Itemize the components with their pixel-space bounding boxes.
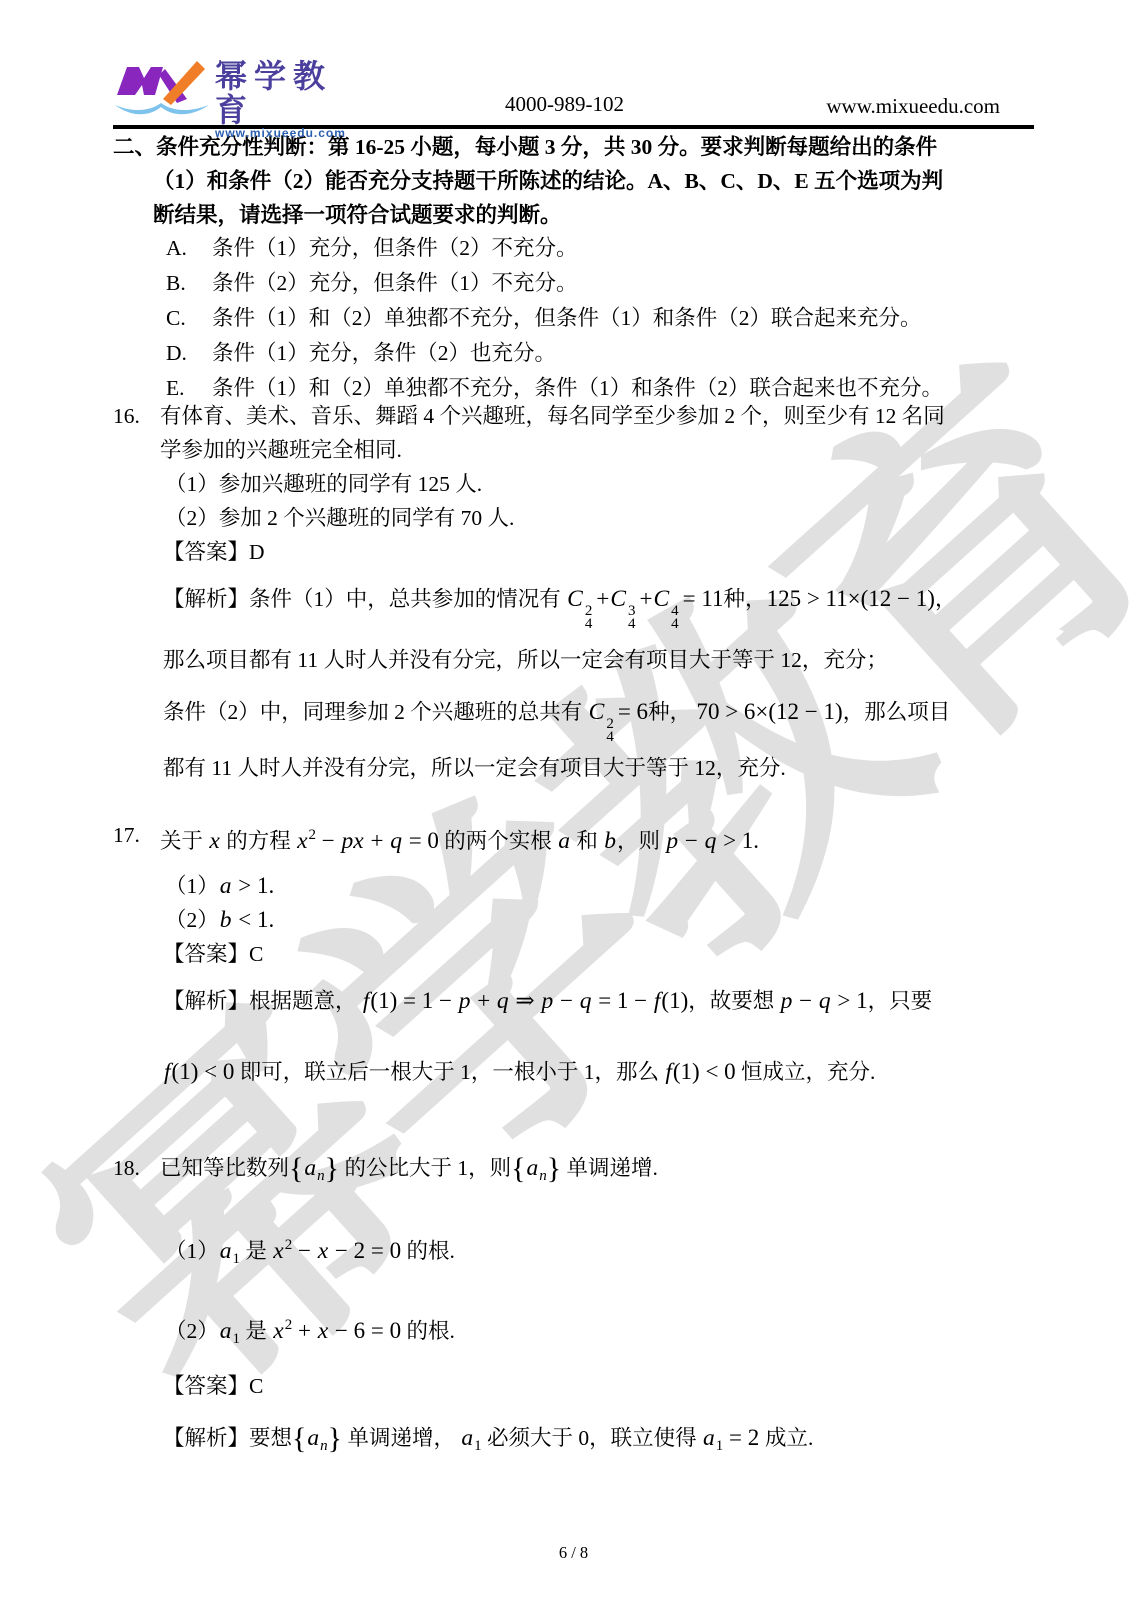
q16-stem-text-1: 有体育、美术、音乐、舞蹈 4 个兴趣班，每名同学至少参加 2 个，则至少有 12… xyxy=(160,404,945,428)
q18-number: 18. xyxy=(113,1148,140,1188)
q18-answer: 【答案】C xyxy=(113,1369,1038,1403)
option-c-text: 条件（1）和（2）单独都不充分，但条件（1）和条件（2）联合起来充分。 xyxy=(212,306,922,330)
q16-condition-1: （1）参加兴趣班的同学有 125 人. xyxy=(113,467,1038,501)
q17-number: 17. xyxy=(113,815,140,855)
page-header: 幂学教育 www.mixueedu.com 4000-989-102 www.m… xyxy=(113,50,1034,129)
option-a-text: 条件（1）充分，但条件（2）不充分。 xyxy=(212,236,578,260)
document-page: 幂学教育 幂学教育 www.mixueedu.com 4000-989-102 … xyxy=(0,0,1147,1619)
option-c-label: C. xyxy=(166,301,186,336)
q16-analysis-line-2: 那么项目都有 11 人时人并没有分完，所以一定会有项目大于等于 12，充分； xyxy=(113,643,1038,677)
q18-stem-text-1: 已知等比数列{an} 的公比大于 1，则{an} 单调递增. xyxy=(160,1156,658,1180)
section-heading-line-3: 断结果，请选择一项符合试题要求的判断。 xyxy=(113,198,1038,232)
option-b-text: 条件（2）充分，但条件（1）不充分。 xyxy=(212,271,578,295)
q18-stem-line-1: 18. 已知等比数列{an} 的公比大于 1，则{an} 单调递增. xyxy=(113,1148,1038,1196)
q17-answer: 【答案】C xyxy=(113,937,1038,971)
q16-analysis-line-3: 条件（2）中，同理参加 2 个兴趣班的总共有 C24= 6种， 70 > 6×(… xyxy=(113,690,1038,743)
option-c: C. 条件（1）和（2）单独都不充分，但条件（1）和条件（2）联合起来充分。 xyxy=(113,301,1038,336)
page-footer: 6 / 8 xyxy=(0,1543,1147,1563)
question-18: 18. 已知等比数列{an} 的公比大于 1，则{an} 单调递增. （1）a1… xyxy=(113,1148,1038,1468)
header-website: www.mixueedu.com xyxy=(826,94,1000,119)
option-b: B. 条件（2）充分，但条件（1）不充分。 xyxy=(113,266,1038,301)
logo-brand-name: 幂学教育 xyxy=(215,59,346,127)
q16-stem-line-2: 学参加的兴趣班完全相同. xyxy=(113,433,1038,467)
q16-answer: 【答案】D xyxy=(113,535,1038,569)
option-d: D. 条件（1）充分，条件（2）也充分。 xyxy=(113,336,1038,371)
option-b-label: B. xyxy=(166,266,186,301)
mx-logo-icon xyxy=(113,55,211,119)
option-d-label: D. xyxy=(166,336,187,371)
section-heading-line-2: （1）和条件（2）能否充分支持题干所陈述的结论。A、B、C、D、E 五个选项为判 xyxy=(113,164,1038,198)
q17-stem-line-1: 17. 关于 x 的方程 x2 − px + q = 0 的两个实根 a 和 b… xyxy=(113,815,1038,861)
section-heading: 二、条件充分性判断：第 16-25 小题，每小题 3 分，共 30 分。要求判断… xyxy=(113,130,1038,232)
option-e-text: 条件（1）和（2）单独都不充分，条件（1）和条件（2）联合起来也不充分。 xyxy=(212,376,943,400)
q16-number: 16. xyxy=(113,399,140,433)
header-phone-number: 4000-989-102 xyxy=(505,92,624,117)
q17-analysis-line-2: f(1) < 0 即可，联立后一根大于 1，一根小于 1，那么 f(1) < 0… xyxy=(113,1050,1038,1094)
logo-text: 幂学教育 www.mixueedu.com xyxy=(215,59,346,140)
question-17: 17. 关于 x 的方程 x2 − px + q = 0 的两个实根 a 和 b… xyxy=(113,815,1038,1094)
q16-condition-2: （2）参加 2 个兴趣班的同学有 70 人. xyxy=(113,501,1038,535)
q17-condition-1: （1）a > 1. xyxy=(113,869,1038,903)
q16-stem-line-1: 16. 有体育、美术、音乐、舞蹈 4 个兴趣班，每名同学至少参加 2 个，则至少… xyxy=(113,399,1038,433)
q18-condition-2: （2）a1 是 x2 + x − 6 = 0 的根. xyxy=(113,1303,1038,1361)
question-16: 16. 有体育、美术、音乐、舞蹈 4 个兴趣班，每名同学至少参加 2 个，则至少… xyxy=(113,399,1038,785)
q16-analysis-line-4: 都有 11 人时人并没有分完，所以一定会有项目大于等于 12，充分. xyxy=(113,751,1038,785)
q17-stem-text-1: 关于 x 的方程 x2 − px + q = 0 的两个实根 a 和 b，则 p… xyxy=(160,829,759,853)
q18-condition-1: （1）a1 是 x2 − x − 2 = 0 的根. xyxy=(113,1223,1038,1281)
page-number: 6 / 8 xyxy=(559,1543,588,1562)
q17-condition-2: （2）b < 1. xyxy=(113,903,1038,937)
option-a-label: A. xyxy=(166,231,187,266)
option-list: A. 条件（1）充分，但条件（2）不充分。 B. 条件（2）充分，但条件（1）不… xyxy=(113,231,1038,406)
option-d-text: 条件（1）充分，条件（2）也充分。 xyxy=(212,341,556,365)
q17-analysis-line-1: 【解析】根据题意， f(1) = 1 − p + q ⇒ p − q = 1 −… xyxy=(113,979,1038,1023)
logo-site-url: www.mixueedu.com xyxy=(215,127,346,140)
q18-analysis-line-1: 【解析】要想{an} 单调递增， a1 必须大于 0，联立使得 a1 = 2 成… xyxy=(113,1416,1038,1468)
q16-analysis-line-1: 【解析】条件（1）中，总共参加的情况有 C24+C34+C44= 11种，125… xyxy=(113,577,1038,630)
option-a: A. 条件（1）充分，但条件（2）不充分。 xyxy=(113,231,1038,266)
